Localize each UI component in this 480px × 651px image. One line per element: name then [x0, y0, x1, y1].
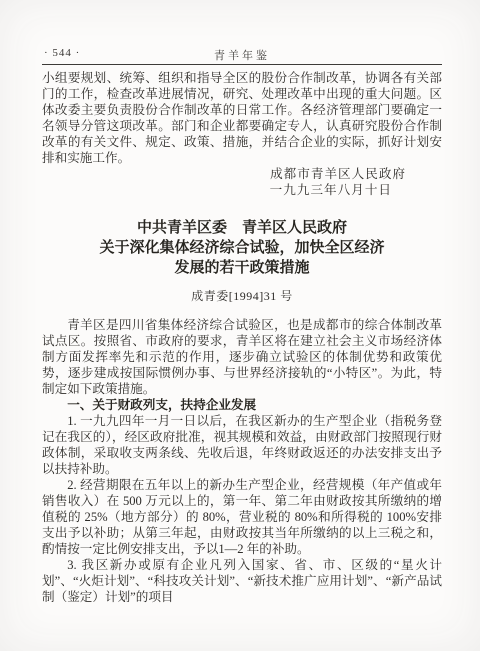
- article-title: 中共青羊区委 青羊区人民政府 关于深化集体经济综合试验，加快全区经济 发展的若干…: [42, 218, 442, 278]
- signature-block: 成都市青羊区人民政府 一九九三年八月十日: [42, 166, 442, 198]
- intro-continuation-paragraph: 小组要规划、统筹、组织和指导全区的股份合作制改革，协调各有关部门的工作，检查改革…: [42, 70, 442, 166]
- signature-date: 一九九三年八月十日: [42, 182, 442, 198]
- document-number: 成青委[1994]31 号: [42, 288, 442, 304]
- policy-item-2: 2. 经营期限在五年以上的新办生产型企业，经营规模（年产值或年销售收入）在 50…: [42, 477, 442, 557]
- book-title: 青羊年鉴: [42, 47, 442, 63]
- scanned-yearbook-page: · 544 · 青羊年鉴 小组要规划、统筹、组织和指导全区的股份合作制改革，协调…: [0, 0, 480, 651]
- section-heading-1: 一、关于财政列支，扶持企业发展: [42, 397, 442, 413]
- page-content: 小组要规划、统筹、组织和指导全区的股份合作制改革，协调各有关部门的工作，检查改革…: [42, 70, 442, 605]
- running-head: · 544 · 青羊年鉴: [42, 46, 442, 65]
- article-title-line3: 发展的若干政策措施: [42, 258, 442, 278]
- policy-item-3: 3. 我区新办或原有企业凡列入国家、省、市、区级的“星火计划”、“火炬计划”、“…: [42, 557, 442, 605]
- policy-item-1: 1. 一九九四年一月一日以后，在我区新办的生产型企业（指税务登记在我区的），经区…: [42, 413, 442, 477]
- article-intro-paragraph: 青羊区是四川省集体经济综合试验区，也是成都市的综合体制改革试点区。按照省、市政府…: [42, 317, 442, 397]
- article-title-line1: 中共青羊区委 青羊区人民政府: [42, 218, 442, 238]
- signature-issuer: 成都市青羊区人民政府: [42, 166, 442, 182]
- article-title-line2: 关于深化集体经济综合试验，加快全区经济: [42, 238, 442, 258]
